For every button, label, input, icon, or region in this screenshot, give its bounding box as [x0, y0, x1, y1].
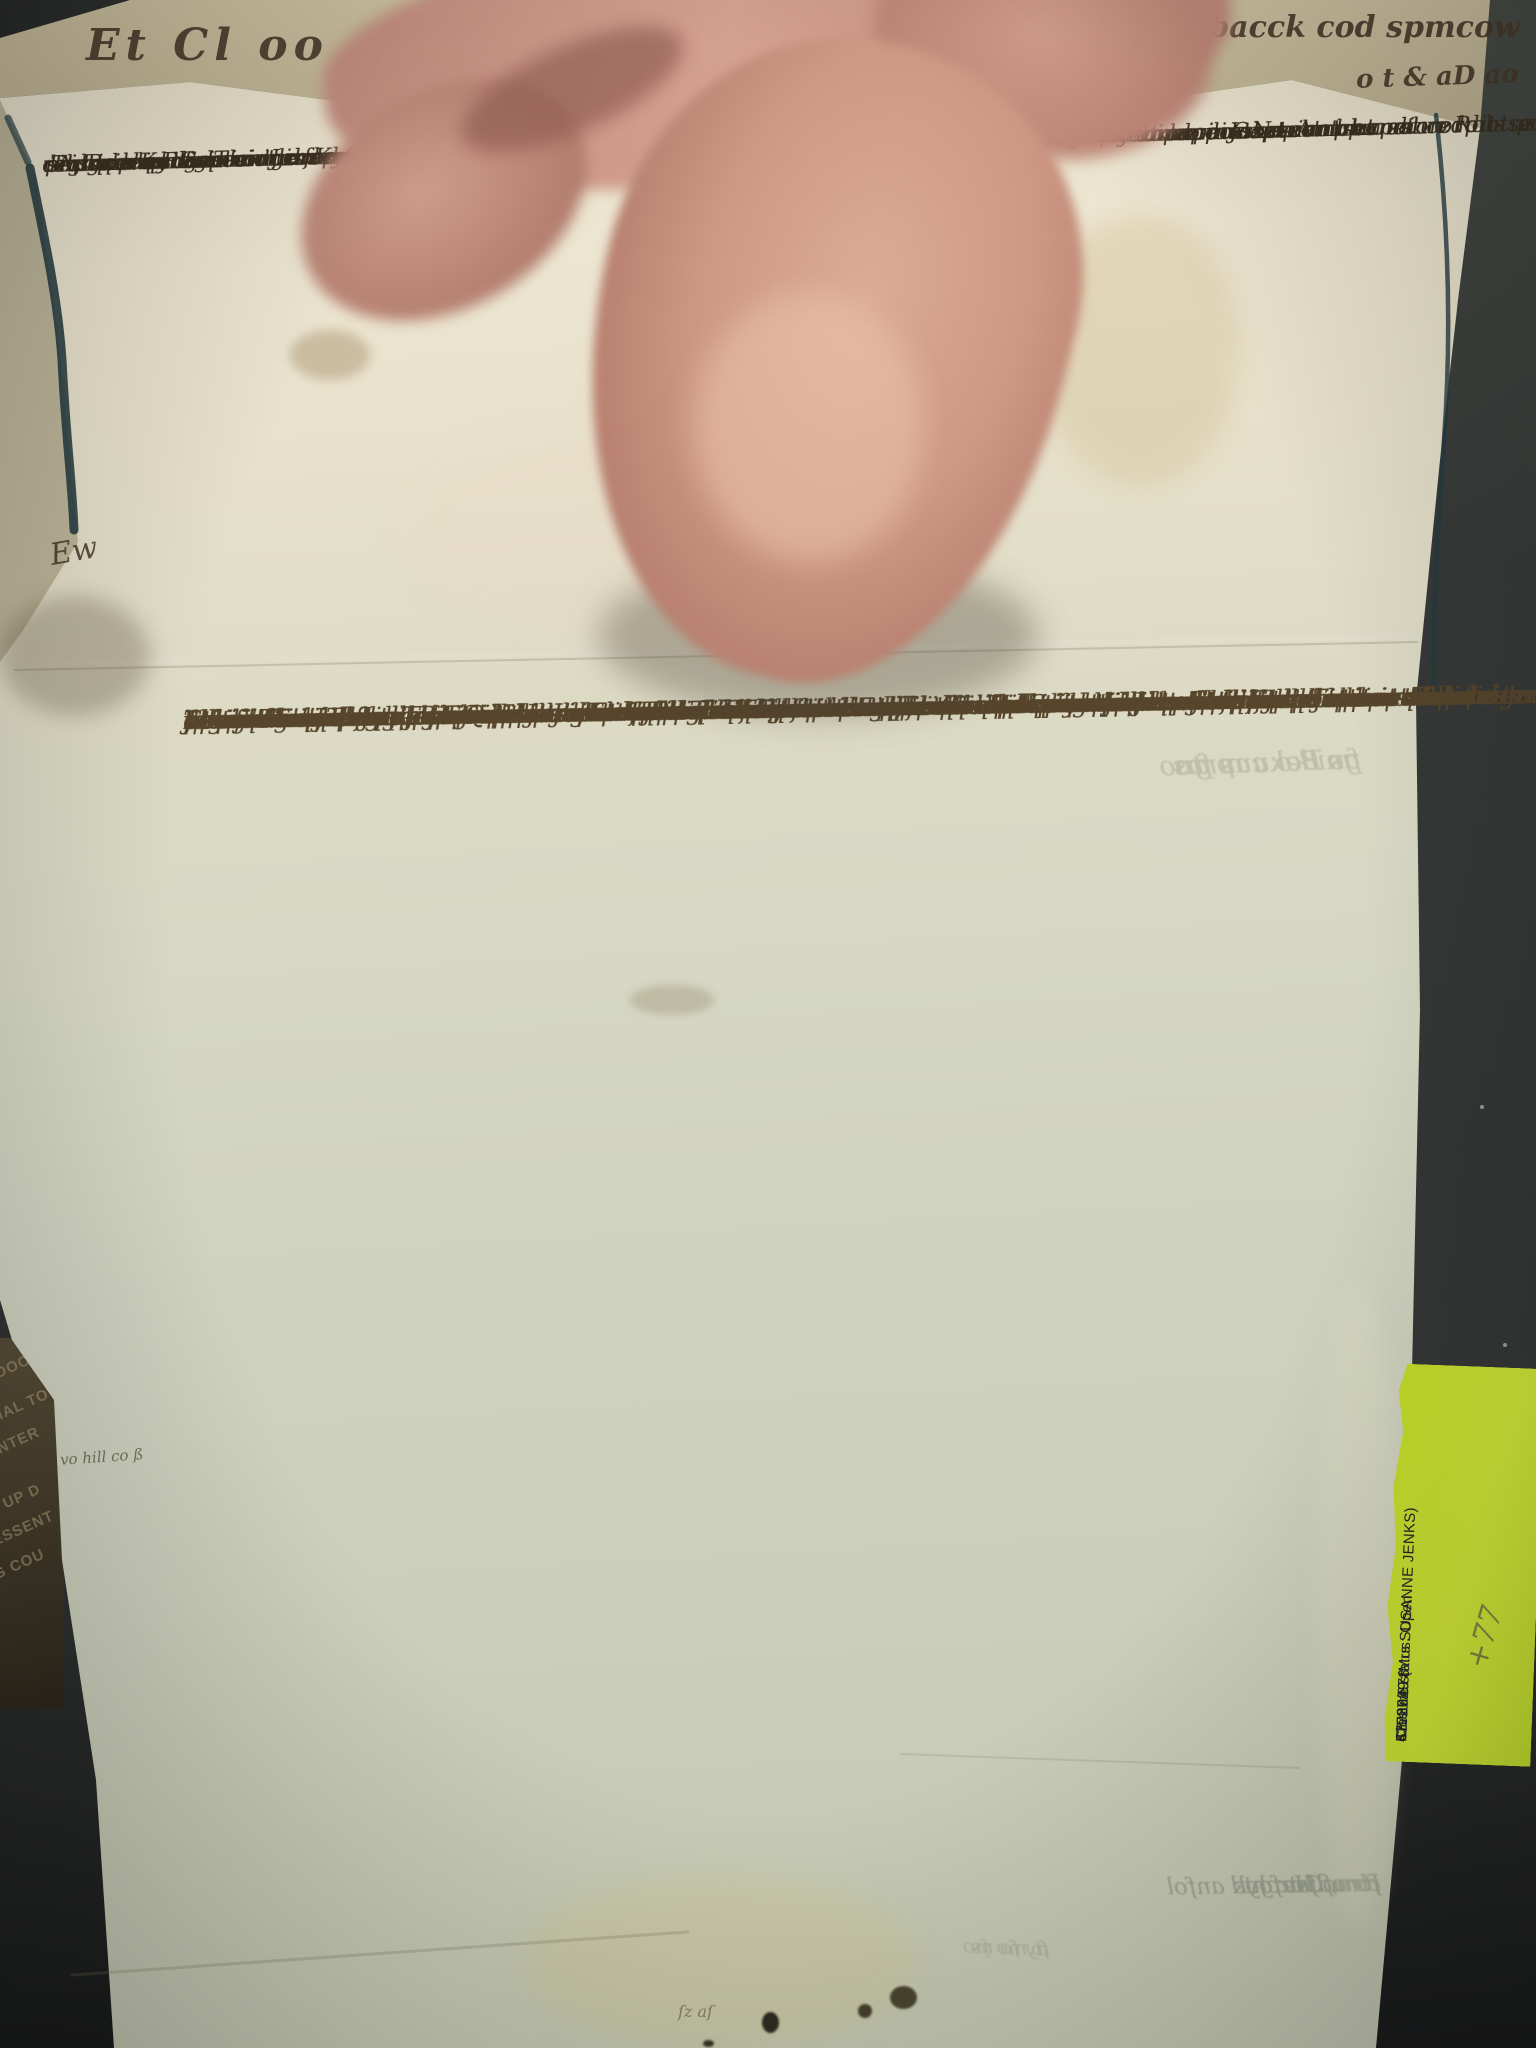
note-closure-status: Closure status: Open [1389, 1595, 1420, 1743]
show-through-line: ft mo fs [972, 1924, 1050, 1971]
strip-script-right-2: o t & aD ao [1356, 59, 1520, 95]
show-through-line: Hnod n agod [1230, 1861, 1381, 1911]
bottom-ink-marks: ſz aſ [678, 2002, 713, 2021]
dust-speck [1480, 1105, 1484, 1109]
show-through-line: ns Beka m gno [1158, 726, 1362, 801]
main-membrane [0, 80, 1480, 2048]
strip-script-left: Et Cl oo [86, 20, 329, 71]
folio-number: (97) [726, 562, 828, 616]
note-pencil-mark: +77 [1459, 1602, 1510, 1673]
manuscript-photo: DOCU IAL TO NTER UP D ESSENT G COU [0, 0, 1536, 2048]
parchment-layers [0, 0, 1536, 2048]
strip-script-center: nt Socaliw co Jta go C [606, 7, 1137, 61]
dust-speck [1503, 1343, 1507, 1347]
strip-script-right: mo bacck cod spmcow [1146, 10, 1520, 45]
stitching-right-faint [1426, 700, 1434, 1120]
